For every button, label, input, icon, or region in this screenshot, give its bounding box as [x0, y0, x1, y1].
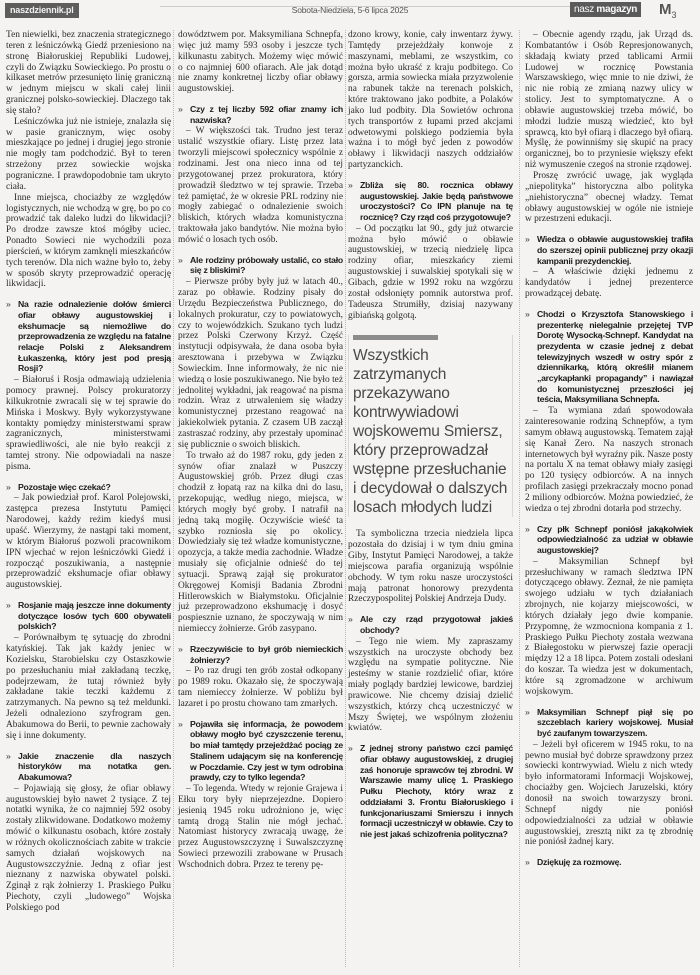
answer-paragraph: – Jeżeli był oficerem w 1945 roku, to na… [525, 740, 693, 848]
question-marker-icon: » [525, 857, 537, 868]
interview-question: »Zbliża się 80. rocznica obławy augustow… [348, 180, 513, 223]
interview-question: »Wiedza o obławie augustowskiej trafiła … [525, 234, 693, 266]
answer-paragraph: – Maksymilian Schnepf był przesłuchiwany… [525, 557, 693, 698]
interview-question: »Jakie znaczenie dla naszych historyków … [6, 751, 171, 783]
question-text: Rosjanie mają jeszcze inne dokumenty dot… [18, 600, 171, 631]
answer-paragraph: – Pierwsze próby były już w latach 40., … [178, 277, 343, 451]
question-marker-icon: » [6, 299, 18, 310]
page-header: naszdziennik.pl Sobota-Niedziela, 5-6 li… [0, 0, 700, 22]
paragraph: dzono krowy, konie, cały inwentarz żywy.… [348, 30, 513, 171]
answer-paragraph: To trwało aż do 1987 roku, gdy jeden z s… [178, 451, 343, 635]
interview-question: »Czy płk Schnepf poniósł jakąkolwiek odp… [525, 524, 693, 556]
interview-closing: »Dziękuję za rozmowę. [525, 857, 693, 868]
interview-question: »Chodzi o Krzysztofa Stanowskiego i prez… [525, 309, 693, 405]
answer-paragraph: – Pojawiają się głosy, że ofiar obławy a… [6, 784, 171, 914]
question-marker-icon: » [525, 707, 537, 718]
question-text: Czy płk Schnepf poniósł jakąkolwiek odpo… [537, 524, 693, 555]
paragraph: dowództwem por. Maksymiliana Schnepfa, w… [178, 30, 343, 95]
column-divider [173, 30, 174, 967]
column-divider [519, 30, 520, 967]
interview-question: »Ale czy rząd przygotował jakieś obchody… [348, 614, 513, 635]
question-text: Zbliża się 80. rocznica obławy augustows… [360, 180, 513, 222]
paragraph: Inne miejsca, chociażby ze względów logi… [6, 193, 171, 291]
answer-paragraph: – Jak powiedział prof. Karol Polejowski,… [6, 493, 171, 591]
interview-question: »Pozostaje więc czekać? [6, 482, 171, 493]
question-marker-icon: » [525, 234, 537, 245]
pull-quote-text: Wszystkich zatrzymanych przekazywano kon… [353, 346, 508, 517]
question-text: Wiedza o obławie augustowskiej trafiła d… [537, 234, 693, 265]
newspaper-page: naszdziennik.pl Sobota-Niedziela, 5-6 li… [0, 0, 700, 975]
answer-paragraph: – Obecnie agendy rządu, jak Urząd ds. Ko… [525, 30, 693, 171]
interview-question: »Rzeczywiście to był grób niemieckich żo… [178, 644, 343, 665]
question-text: Dziękuję za rozmowę. [537, 857, 621, 867]
question-text: Chodzi o Krzysztofa Stanowskiego i preze… [537, 309, 693, 405]
answer-paragraph: – Porównałbym tę sytuację do zbrodni kat… [6, 633, 171, 741]
question-marker-icon: » [525, 524, 537, 535]
interview-question: »Ale rodziny próbowały ustalić, co stało… [178, 255, 343, 276]
answer-paragraph: – W większości tak. Trudno jest teraz us… [178, 126, 343, 245]
interview-question: »Rosjanie mają jeszcze inne dokumenty do… [6, 600, 171, 632]
answer-paragraph: – To legenda. Wtedy w rejonie Grajewa i … [178, 784, 343, 871]
article-column-1: Ten niewielki, bez znaczenia strategiczn… [6, 30, 171, 969]
section-letter: M [659, 1, 672, 18]
interview-question: »Maksymilian Schnepf piął się po szczebl… [525, 707, 693, 739]
question-marker-icon: » [6, 751, 18, 762]
page-number-digit: 3 [672, 10, 677, 20]
interview-question: »Na razie odnalezienie dołów śmierci ofi… [6, 299, 171, 374]
page-number: M3 [659, 1, 677, 20]
question-text: Pojawiła się informacja, że powodem obła… [190, 719, 343, 783]
question-text: Z jednej strony państwo czci pamięć ofia… [360, 743, 513, 839]
answer-paragraph: – Białoruś i Rosja odmawiają udzielenia … [6, 375, 171, 473]
pull-quote: Wszystkich zatrzymanych przekazywano kon… [348, 335, 513, 517]
magazine-label-bold: magazyn [596, 4, 637, 15]
column-divider [345, 30, 346, 967]
question-marker-icon: » [178, 255, 190, 266]
answer-paragraph: – Tego nie wiem. My zapraszamy wszystkic… [348, 637, 513, 735]
article-column-4: – Obecnie agendy rządu, jak Urząd ds. Ko… [525, 30, 693, 969]
question-text: Czy z tej liczby 592 ofiar znamy ich naz… [190, 104, 343, 125]
question-marker-icon: » [525, 309, 537, 320]
question-marker-icon: » [178, 644, 190, 655]
pull-quote-bar [353, 335, 438, 340]
answer-paragraph: – Po raz drugi ten grób został odkopany … [178, 666, 343, 709]
question-marker-icon: » [6, 600, 18, 611]
answer-paragraph: Ta symboliczna trzecia niedziela lipca p… [348, 529, 513, 605]
question-text: Ale czy rząd przygotował jakieś obchody? [360, 614, 513, 635]
answer-paragraph: – Ta wymiana zdań spowodowała zaintereso… [525, 406, 693, 514]
magazine-label: nasz magazyn [570, 2, 641, 17]
question-marker-icon: » [348, 180, 360, 191]
interview-question: »Z jednej strony państwo czci pamięć ofi… [348, 743, 513, 839]
question-marker-icon: » [178, 719, 190, 730]
magazine-label-light: nasz [574, 4, 596, 15]
question-marker-icon: » [348, 614, 360, 625]
question-text: Pozostaje więc czekać? [18, 482, 111, 492]
article-column-3: dzono krowy, konie, cały inwentarz żywy.… [348, 30, 513, 969]
question-text: Jakie znaczenie dla naszych historyków m… [18, 751, 171, 782]
question-marker-icon: » [6, 482, 18, 493]
question-marker-icon: » [178, 104, 190, 115]
answer-paragraph: – Od początku lat 90., gdy już otwarcie … [348, 224, 513, 322]
question-text: Maksymilian Schnepf piął się po szczebla… [537, 707, 693, 738]
interview-question: »Pojawiła się informacja, że powodem obł… [178, 719, 343, 783]
question-text: Na razie odnalezienie dołów śmierci ofia… [18, 299, 171, 373]
answer-paragraph: – A właściwie dzięki jednemu z kandydató… [525, 267, 693, 300]
interview-question: »Czy z tej liczby 592 ofiar znamy ich na… [178, 104, 343, 125]
question-text: Rzeczywiście to był grób niemieckich żoł… [190, 644, 343, 665]
answer-paragraph: Proszę zwrócić uwagę, jak wygląda „niepo… [525, 171, 693, 225]
paragraph: Ten niewielki, bez znaczenia strategiczn… [6, 30, 171, 117]
question-text: Ale rodziny próbowały ustalić, co stało … [190, 255, 343, 276]
paragraph: Leśniczówka już nie istnieje, znalazła s… [6, 117, 171, 193]
article-column-2: dowództwem por. Maksymiliana Schnepfa, w… [178, 30, 343, 969]
question-marker-icon: » [348, 743, 360, 754]
